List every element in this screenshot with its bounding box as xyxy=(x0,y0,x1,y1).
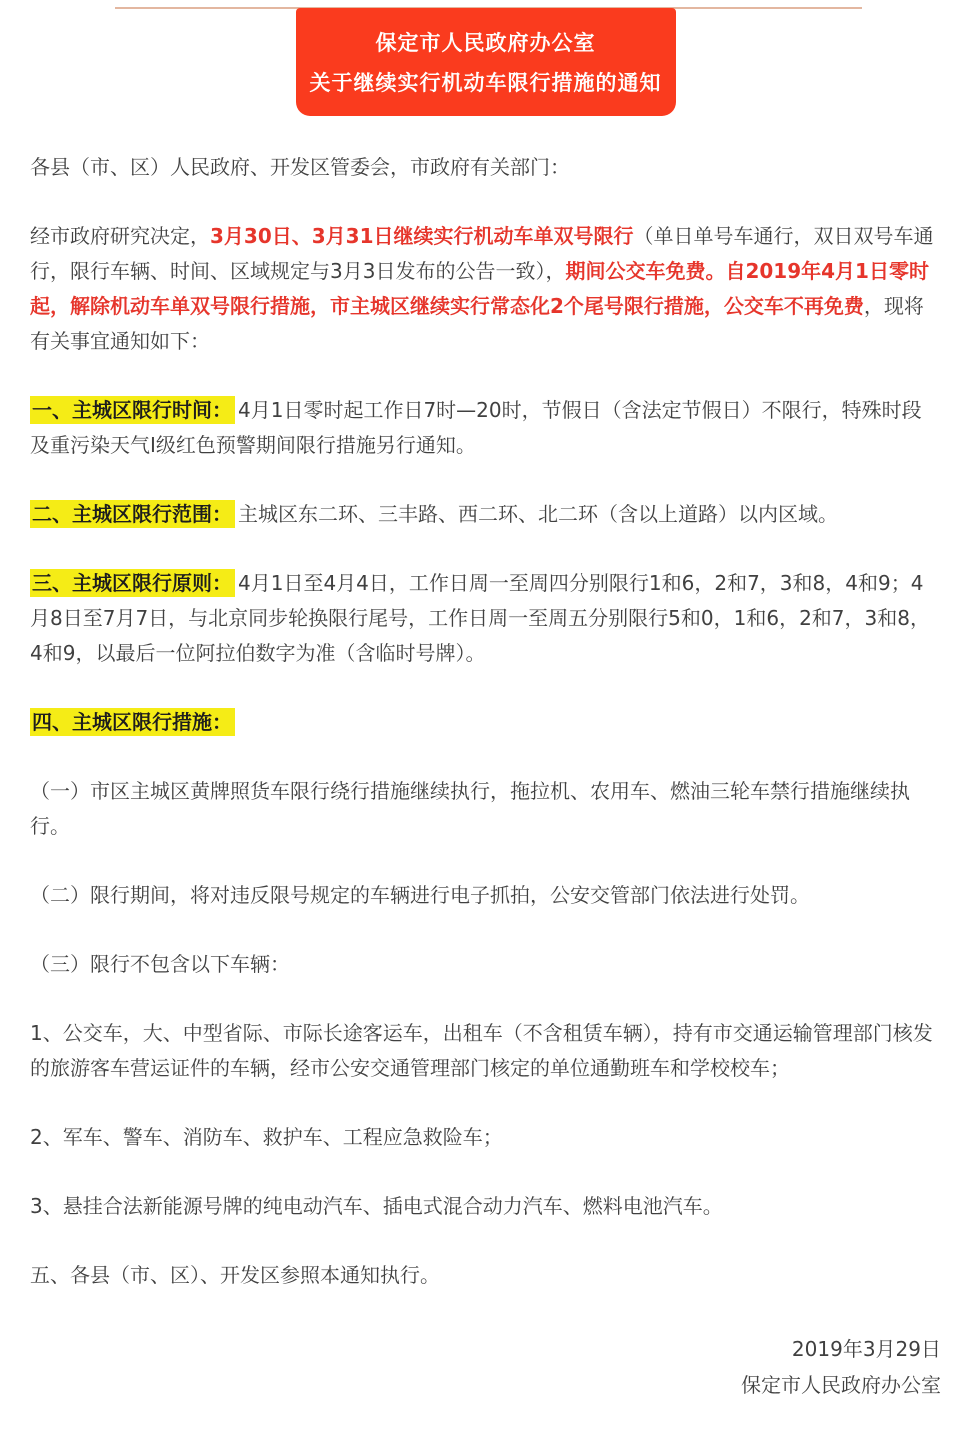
section-2-heading-highlight: 二、主城区限行范围： xyxy=(30,500,235,528)
section-1-heading-highlight: 一、主城区限行时间： xyxy=(30,396,235,424)
notice-page: 保定市人民政府办公室 关于继续实行机动车限行措施的通知 各县（市、区）人民政府、… xyxy=(0,0,971,1431)
notice-body: 各县（市、区）人民政府、开发区管委会，市政府有关部门： 经市政府研究决定，3月3… xyxy=(0,116,971,1293)
intro-text-1: 经市政府研究决定， xyxy=(30,224,210,248)
salutation-line: 各县（市、区）人民政府、开发区管委会，市政府有关部门： xyxy=(30,150,941,185)
exempt-vehicle-item-3: 3、悬挂合法新能源号牌的纯电动汽车、插电式混合动力汽车、燃料电池汽车。 xyxy=(30,1189,941,1224)
notice-signer: 保定市人民政府办公室 xyxy=(0,1367,941,1403)
section-2-restriction-area: 二、主城区限行范围：主城区东二环、三丰路、西二环、北二环（含以上道路）以内区域。 xyxy=(30,497,941,532)
section-1-restriction-time: 一、主城区限行时间：4月1日零时起工作日7时—20时，节假日（含法定节假日）不限… xyxy=(30,393,941,463)
header-org-name: 保定市人民政府办公室 xyxy=(304,23,668,63)
measure-item-3: （三）限行不包含以下车辆： xyxy=(30,947,941,982)
section-3-restriction-rule: 三、主城区限行原则：4月1日至4月4日，工作日周一至周四分别限行1和6，2和7，… xyxy=(30,566,941,671)
notice-footer: 2019年3月29日 保定市人民政府办公室 xyxy=(0,1331,971,1431)
section-2-text: 主城区东二环、三丰路、西二环、北二环（含以上道路）以内区域。 xyxy=(238,502,838,526)
measure-item-1: （一）市区主城区黄牌照货车限行绕行措施继续执行，拖拉机、农用车、燃油三轮车禁行措… xyxy=(30,774,941,844)
exempt-vehicle-item-1: 1、公交车，大、中型省际、市际长途客运车，出租车（不含租赁车辆），持有市交通运输… xyxy=(30,1016,941,1086)
measure-item-2: （二）限行期间，将对违反限号规定的车辆进行电子抓拍，公安交管部门依法进行处罚。 xyxy=(30,878,941,913)
section-3-heading-highlight: 三、主城区限行原则： xyxy=(30,569,235,597)
intro-red-emphasis-1: 3月30日、3月31日继续实行机动车单双号限行 xyxy=(210,224,634,248)
notice-header-banner: 保定市人民政府办公室 关于继续实行机动车限行措施的通知 xyxy=(296,8,676,116)
header-notice-title: 关于继续实行机动车限行措施的通知 xyxy=(304,63,668,103)
intro-paragraph: 经市政府研究决定，3月30日、3月31日继续实行机动车单双号限行（单日单号车通行… xyxy=(30,219,941,359)
notice-date: 2019年3月29日 xyxy=(0,1331,941,1367)
section-4-restriction-measures: 四、主城区限行措施： xyxy=(30,705,941,740)
section-5-closing: 五、各县（市、区）、开发区参照本通知执行。 xyxy=(30,1258,941,1293)
section-4-heading-highlight: 四、主城区限行措施： xyxy=(30,708,235,736)
exempt-vehicle-item-2: 2、军车、警车、消防车、救护车、工程应急救险车； xyxy=(30,1120,941,1155)
